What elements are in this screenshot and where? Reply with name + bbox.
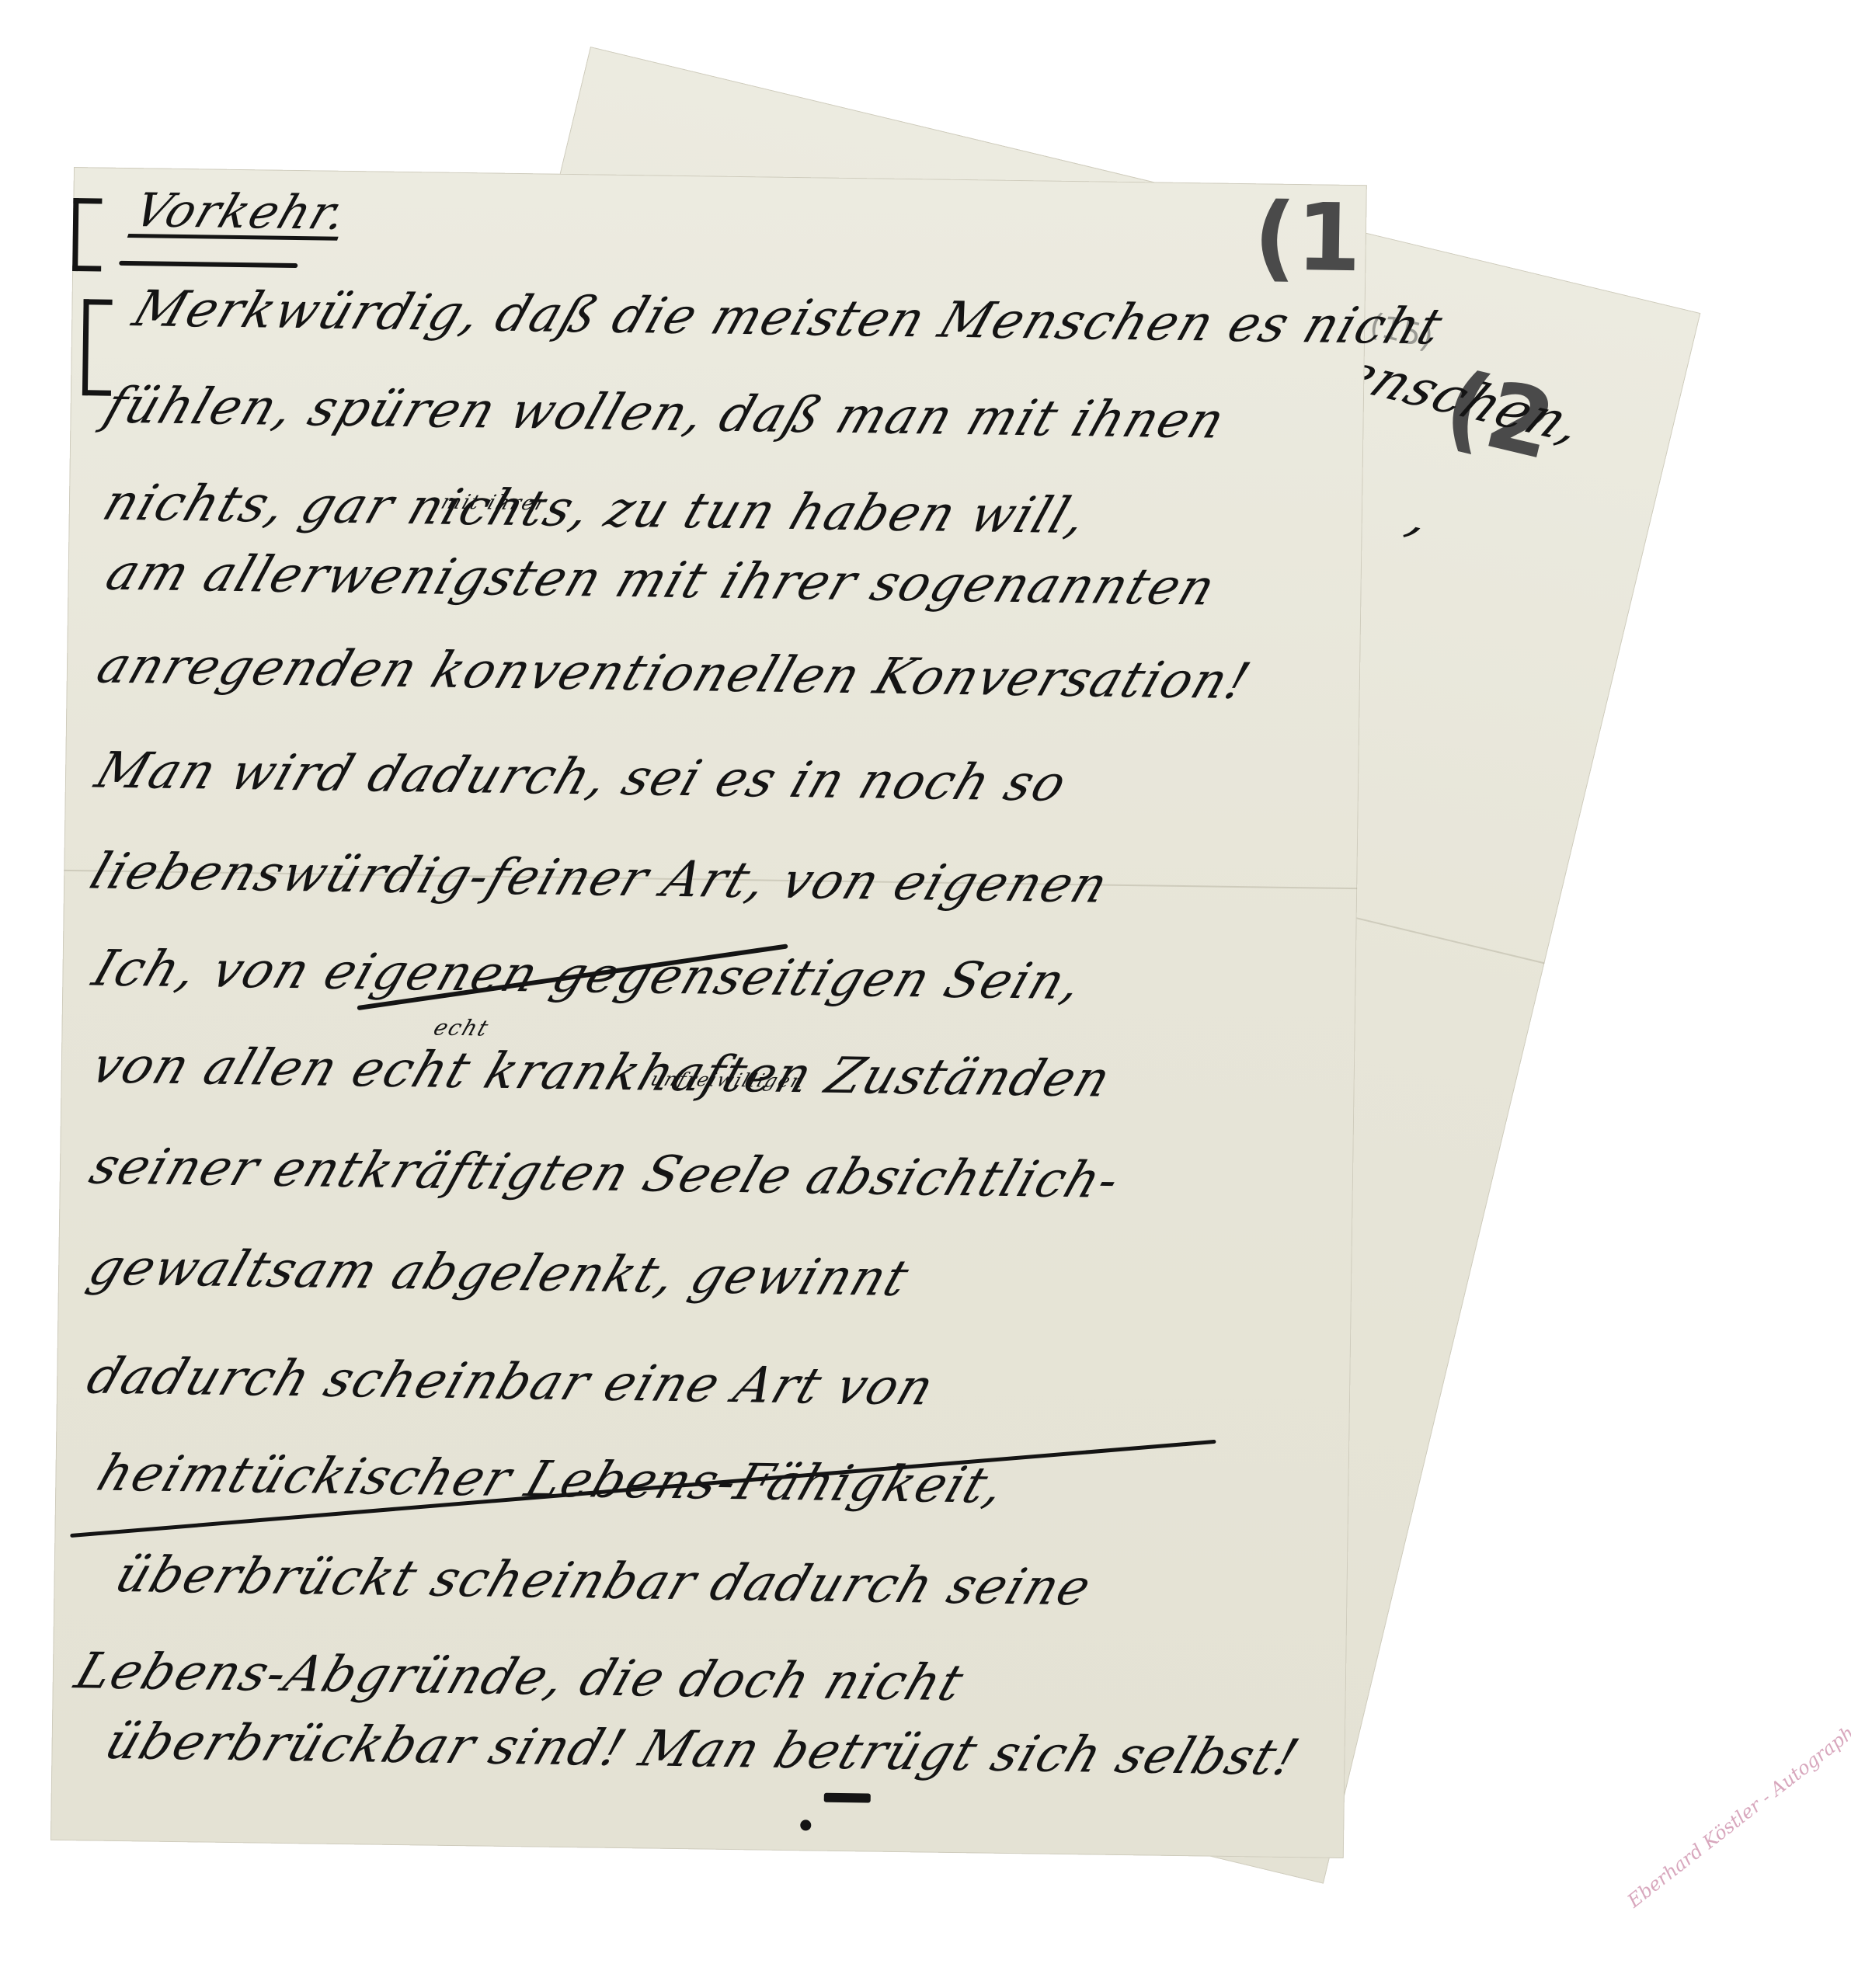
dealer-watermark: Eberhard Köstler - Autographen & Bücher — [1623, 1648, 1851, 1912]
text-line-2: fühlen, spüren wollen, daß man mit ihnen — [97, 377, 1233, 450]
ink-dot-mark — [800, 1819, 811, 1830]
text-line-4: am allerwenigsten mit ihrer sogenannten — [99, 544, 1223, 617]
margin-bracket-icon — [72, 198, 102, 272]
text-line-15: Lebens-Abgründe, die doch nicht — [68, 1642, 972, 1712]
text-line-9: von allen echt krankhaften Zuständen — [84, 1037, 1119, 1109]
text-line-16: überbrückbar sind! Man betrügt sich selb… — [98, 1713, 1306, 1787]
heading-vorkehr: Vorkehr. — [127, 183, 356, 240]
double-underline-stroke — [119, 261, 297, 268]
text-line-7: liebenswürdig-feiner Art, von eigenen — [83, 843, 1116, 915]
back-fragment-3: , — [1398, 488, 1449, 545]
interlinear-insertion-1: mit ihrer — [438, 491, 551, 516]
text-line-12: dadurch scheinbar eine Art von — [80, 1348, 942, 1417]
ink-dash-mark — [824, 1793, 871, 1803]
text-line-1: Merkwürdig, daß die meisten Menschen es … — [126, 280, 1451, 356]
page-number-mark-1: (1 — [1253, 183, 1362, 293]
text-line-11: gewaltsam abgelenkt, gewinnt — [82, 1239, 917, 1308]
interlinear-insertion-3: unfreiwilligen — [648, 1069, 809, 1093]
text-line-3: nichts, gar nichts, zu tun haben will, — [96, 474, 1095, 545]
interlinear-insertion-2: echt — [430, 1015, 493, 1041]
text-line-10: seiner entkräftigten Seele absichtlich- — [83, 1138, 1129, 1210]
text-line-14: überbrückt scheinbar dadurch seine — [108, 1546, 1099, 1617]
manuscript-page-1: (1 Vorkehr. Merkwürdig, daß die meisten … — [50, 167, 1367, 1858]
margin-bracket-icon — [82, 299, 113, 396]
text-line-5: anregenden konventionellen Konversation! — [90, 638, 1258, 711]
text-line-6: Man wird dadurch, sei es in noch so — [89, 742, 1075, 813]
text-line-13: heimtückischer Lebens-Fähigkeit, — [90, 1445, 1014, 1515]
